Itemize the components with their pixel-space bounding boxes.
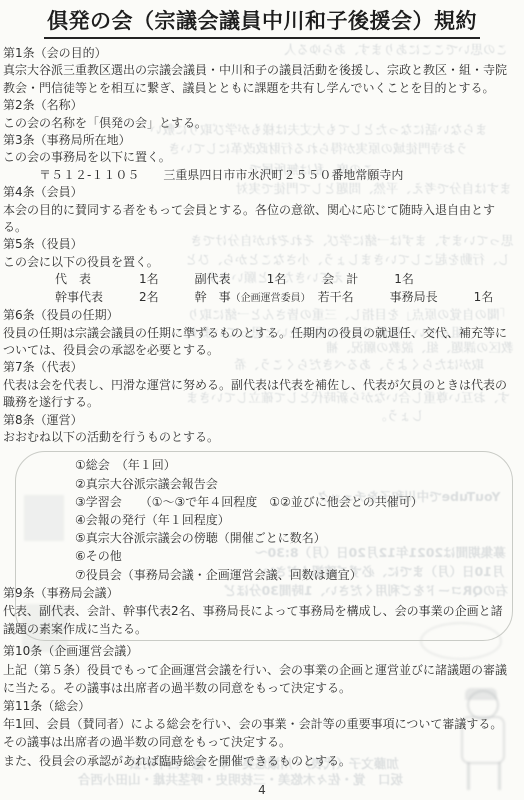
article-line: 役員の任期は宗議会議員の任期に準ずるものとする。任期内の役員の就退任、交代、補充…: [3, 325, 522, 342]
officers-row: 代 表 1名 副代表 1名 会 計 1名: [3, 271, 522, 288]
article-heading: 第11条（総会）: [3, 697, 522, 715]
article-heading: 第3条（事務局所在地）: [3, 132, 522, 149]
article-line: その議事は出席者の過半数の同意をもって決定する。: [3, 733, 522, 751]
article-heading: 第9条（事務局会議）: [3, 584, 522, 602]
article-line: 年1回、会員（賛同者）による総会を行い、会の事業・会計等の重要事項について審議す…: [3, 715, 522, 733]
article-line: また、役員会の承認があれば臨時総会を開催できるものとする。: [3, 752, 522, 770]
activities-box: ①総会 （年１回） ②真宗大谷派宗議会報告会 ③学習会 （①～③で年４回程度 ①…: [3, 456, 522, 638]
article-line: る。: [3, 219, 522, 236]
article-line: 教会・門信徒等とを相互に繋ぎ、議員とともに課題を共有し学んでいくことを目的とする…: [3, 80, 522, 97]
doc-title-text: 倶発の会（宗議会議員中川和子後援会）規約: [44, 5, 480, 39]
activity-item: ④会報の発行（年１回程度）: [3, 511, 522, 529]
page-title: 倶発の会（宗議会議員中川和子後援会）規約: [0, 0, 524, 39]
article-line: 本会の目的に賛同する者をもって会員とする。各位の意欲、関心に応じて随時入退自由と…: [3, 202, 522, 219]
officers-row-note: （企画運営委員）: [231, 293, 306, 304]
activity-item: ②真宗大谷派宗議会報告会: [3, 475, 522, 493]
article-line: この会の名称を「倶発の会」とする。: [3, 115, 522, 132]
article-line: に当たる。その議事は出席者の過半数の同意をもって決定する。: [3, 679, 522, 697]
activity-item: ③学習会 （①～③で年４回程度 ①②並びに他会との共催可）: [3, 493, 522, 511]
article-line: ついては、役員会の承認を必要とする。: [3, 342, 522, 359]
activity-item: ①総会 （年１回）: [3, 456, 522, 474]
article-heading: 第5条（役員）: [3, 236, 522, 253]
scanned-regulations-page: この思いでここにあります、あらゆる人 まらない話になったとしても大丈夫は様もが学…: [0, 0, 524, 800]
document-body: 第1条（会の目的） 真宗大谷派三重教区選出の宗議会議員・中川和子の議員活動を後援…: [0, 39, 524, 770]
officers-row-part: 幹事代表 2名 幹 事: [55, 290, 231, 304]
article-line: この会に以下の役員を置く。: [3, 254, 522, 271]
article-line: 真宗大谷派三重教区選出の宗議会議員・中川和子の議員活動を後援し、宗政と教区・組・…: [3, 62, 522, 79]
office-address-line: 〒５１２-１１０５ 三重県四日市市水沢町２５５０番地常願寺内: [3, 167, 522, 184]
article-line: おおむね以下の活動を行うものとする。: [3, 429, 522, 446]
article-heading: 第1条（会の目的）: [3, 45, 522, 62]
article-heading: 第6条（役員の任期）: [3, 307, 522, 324]
page-number: 4: [0, 783, 524, 797]
officers-row-part: 若干名 事務局長 1名: [306, 290, 494, 304]
article-heading: 第7条（代表）: [3, 359, 522, 376]
activity-item: ⑤真宗大谷派宗議会の傍聴（開催ごとに数名）: [3, 529, 522, 547]
activity-item: ⑦役員会（事務局会議・企画運営会議、回数は適宜）: [3, 566, 522, 584]
article-line: 代表は会を代表し、円滑な運営に努める。副代表は代表を補佐し、代表が欠員のときは代…: [3, 377, 522, 394]
article-heading: 第4条（会員）: [3, 184, 522, 201]
officers-row: 幹事代表 2名 幹 事（企画運営委員） 若干名 事務局長 1名: [3, 289, 522, 307]
article-heading: 第2条（名称）: [3, 97, 522, 114]
article-line: 職務を遂行する。: [3, 394, 522, 411]
article-line: 上記（第５条）役員でもって企画運営会議を行い、会の事業の企画と運営並びに諸議題の…: [3, 661, 522, 679]
article-line: 代表、副代表、会計、幹事代表2名、事務局長によって事務局を構成し、会の事業の企画…: [3, 602, 522, 620]
activity-item: ⑥その他: [3, 547, 522, 565]
article-line: この会の事務局を以下に置く。: [3, 149, 522, 166]
article-line: 議題の素案作成に当たる。: [3, 620, 522, 638]
article-heading: 第10条（企画運営会議）: [3, 642, 522, 660]
article-heading: 第8条（運営）: [3, 412, 522, 429]
